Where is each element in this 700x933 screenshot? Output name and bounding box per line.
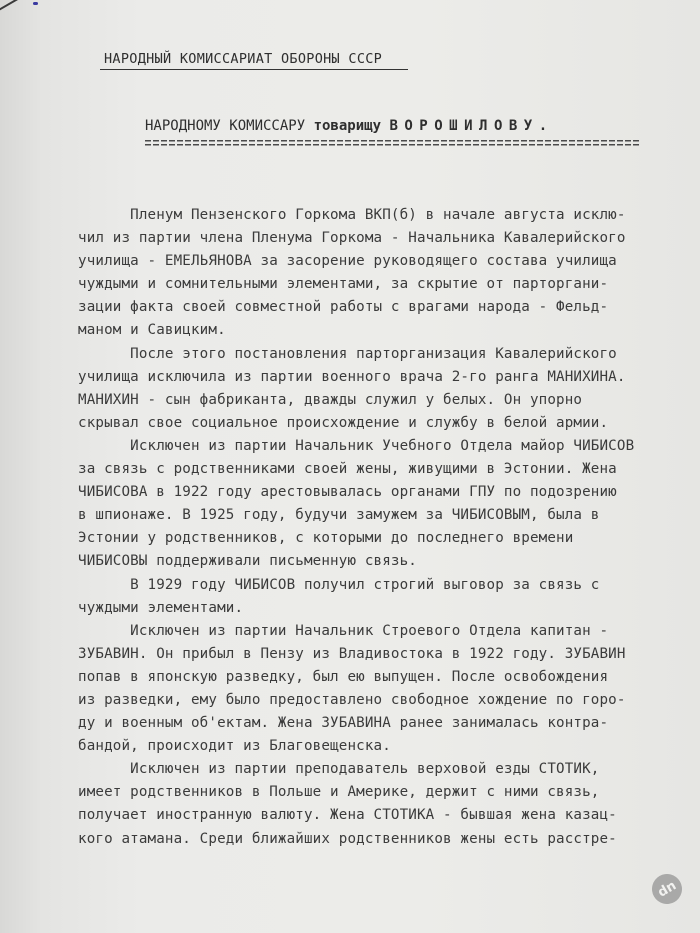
text-line: ЗУБАВИН. Он прибыл в Пензу из Владивосто… <box>78 643 698 666</box>
text-line: чуждыми и сомнительными элементами, за с… <box>78 273 698 296</box>
text-line: попав в японскую разведку, был ею выпуще… <box>78 666 698 689</box>
text-line: за связь с родственниками своей жены, жи… <box>78 458 698 481</box>
dn-logo-icon: dn <box>647 869 688 910</box>
text-line: Исключен из партии преподаватель верхово… <box>78 758 698 781</box>
text-line: чил из партии члена Пленума Горкома - На… <box>78 227 698 250</box>
addressee-prefix: НАРОДНОМУ КОМИССАРУ <box>145 118 314 134</box>
addressee-honorific: товарищу <box>314 118 390 134</box>
text-line: Исключен из партии Начальник Учебного От… <box>78 435 698 458</box>
document-header: НАРОДНЫЙ КОМИССАРИАТ ОБОРОНЫ СССР <box>100 51 408 70</box>
text-line: Пленум Пензенского Горкома ВКП(б) в нача… <box>78 204 698 227</box>
text-line: бандой, происходит из Благовещенска. <box>78 735 698 758</box>
text-line: из разведки, ему было предоставлено своб… <box>78 689 698 712</box>
text-line: получает иностранную валюту. Жена СТОТИК… <box>78 804 698 827</box>
text-line: ЧИБИСОВА в 1922 году арестовывалась орга… <box>78 481 698 504</box>
text-line: Исключен из партии Начальник Строевого О… <box>78 620 698 643</box>
pen-stroke-mark <box>0 0 60 16</box>
text-line: скрывал свое социальное происхождение и … <box>78 412 698 435</box>
document-body: Пленум Пензенского Горкома ВКП(б) в нача… <box>78 204 698 851</box>
text-line: ЧИБИСОВЫ поддерживали письменную связь. <box>78 550 698 573</box>
text-line: В 1929 году ЧИБИСОВ получил строгий выго… <box>78 574 698 597</box>
text-line: МАНИХИН - сын фабриканта, дважды служил … <box>78 389 698 412</box>
text-line: Эстонии у родственников, с которыми до п… <box>78 527 698 550</box>
text-line: ду и военным об'ектам. Жена ЗУБАВИНА ран… <box>78 712 698 735</box>
addressee-name: ВОРОШИЛОВУ. <box>389 118 553 134</box>
double-underline-rule <box>145 140 641 146</box>
text-line: кого атамана. Среди ближайших родственни… <box>78 828 698 851</box>
text-line: чуждыми элементами. <box>78 597 698 620</box>
text-line: После этого постановления парторганизаци… <box>78 343 698 366</box>
text-line: училища исключила из партии военного вра… <box>78 366 698 389</box>
text-line: имеет родственников в Польше и Америке, … <box>78 781 698 804</box>
addressee-line: НАРОДНОМУ КОМИССАРУ товарищу ВОРОШИЛОВУ. <box>145 118 554 134</box>
ink-mark <box>33 2 38 5</box>
text-line: зации факта своей совместной работы с вр… <box>78 296 698 319</box>
text-line: в шпионаже. В 1925 году, будучи замужем … <box>78 504 698 527</box>
text-line: училища - ЕМЕЛЬЯНОВА за засорение руково… <box>78 250 698 273</box>
text-line: маном и Савицким. <box>78 319 698 342</box>
